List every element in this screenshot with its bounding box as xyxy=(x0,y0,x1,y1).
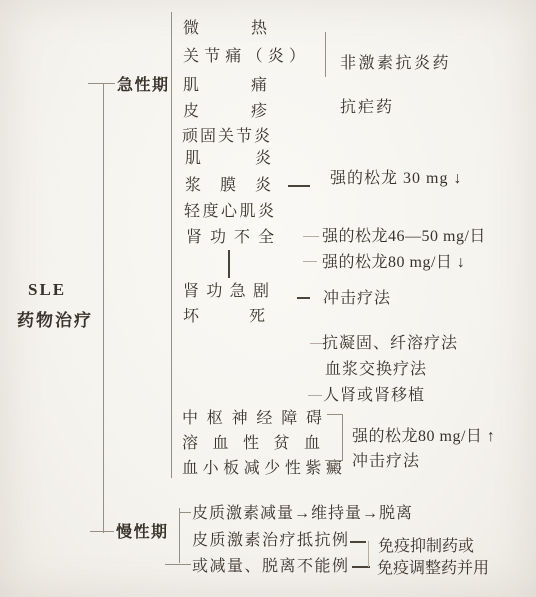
symptom-arthralgia: 关节痛（炎） xyxy=(183,47,305,66)
symptom-mild-myocarditis: 轻度心肌炎 xyxy=(184,202,274,221)
chronic-branch-tick xyxy=(90,531,114,532)
symptom-serositis: 浆膜炎 xyxy=(185,176,271,195)
chronic-right-bracket-line xyxy=(368,541,369,567)
symptom-rash: 皮疹 xyxy=(183,102,267,121)
acute-bracket-line xyxy=(171,12,172,478)
treatment-pulse-therapy-2: 冲击疗法 xyxy=(352,452,420,471)
symptom-refractory-arthritis: 顽固关节炎 xyxy=(182,127,270,146)
symptom-myositis: 肌炎 xyxy=(185,149,271,168)
pulse-therapy-connector-dash xyxy=(297,297,310,299)
main-spine-line xyxy=(103,84,104,533)
symptom-thrombocytopenic-purpura: 血小板减少性紫癜 xyxy=(182,459,342,478)
symptom-myalgia: 肌痛 xyxy=(183,76,267,95)
cns-bracket-tick-bottom xyxy=(325,460,342,461)
chronic-steroid-resistant-case: 皮质激素治疗抵抗例 xyxy=(192,531,350,550)
treatment-kidney-transplant: 人肾或肾移植 xyxy=(323,386,425,405)
treatment-prednisolone-80-taper: 强的松龙80 mg/日 ↓ xyxy=(322,253,465,272)
cns-bracket-line xyxy=(342,414,343,461)
renal-progression-bar xyxy=(228,250,230,278)
renal-dose-connector-dash-2 xyxy=(303,261,317,262)
symptom-renal-rapid-decline: 肾功急剧 xyxy=(183,282,269,301)
chronic-bracket-line xyxy=(179,508,180,563)
treatment-plasma-exchange: 血浆交换疗法 xyxy=(325,360,427,379)
symptom-cns-disorder: 中枢神经障碍 xyxy=(182,409,322,428)
drug-therapy-label: 药物治疗 xyxy=(17,311,93,330)
treatment-prednisolone-80-increase: 强的松龙80 mg/日 ↑ xyxy=(352,427,495,446)
treatment-immunomodulator: 免疫调整药并用 xyxy=(377,559,489,578)
treatment-prednisolone-30: 强的松龙 30 mg ↓ xyxy=(330,169,462,188)
scanned-figure-page: SLE 药物治疗 急性期 慢性期 微热 关节痛（炎） 肌痛 皮疹 顽固关节炎 肌… xyxy=(0,0,536,597)
sle-label: SLE xyxy=(28,280,66,299)
treatment-prednisolone-46-50: 强的松龙46—50 mg/日 xyxy=(322,227,486,246)
nsaid-bracket-line xyxy=(325,32,326,77)
anticoagulant-connector-dash xyxy=(310,343,322,344)
treatment-immunosuppressant: 免疫抑制药或 xyxy=(378,537,474,556)
symptom-low-fever: 微热 xyxy=(183,19,267,38)
resistant-case-dash xyxy=(350,541,366,543)
symptom-renal-insufficiency: 肾功不全 xyxy=(186,228,274,247)
serositis-connector-dash xyxy=(288,185,310,187)
chronic-taper-path: 皮质激素减量→维持量→脱离 xyxy=(192,504,413,523)
symptom-hemolytic-anemia: 溶血性贫血 xyxy=(182,434,320,453)
chronic-bracket-tick-top xyxy=(179,512,191,513)
transplant-connector-dash xyxy=(308,395,322,396)
acute-phase-label: 急性期 xyxy=(117,76,170,95)
cns-bracket-tick-top xyxy=(327,414,342,415)
treatment-antimalarial: 抗疟药 xyxy=(340,98,394,117)
treatment-anticoagulant-fibrinolytic: 抗凝固、纤溶疗法 xyxy=(322,334,458,353)
chronic-phase-label: 慢性期 xyxy=(116,523,169,542)
treatment-pulse-therapy-1: 冲击疗法 xyxy=(323,289,391,308)
symptom-necrosis: 坏死 xyxy=(183,307,265,326)
chronic-bracket-tick-bottom xyxy=(165,564,191,565)
renal-dose-connector-dash-1 xyxy=(303,236,319,237)
chronic-cannot-withdraw-case: 或减量、脱离不能例 xyxy=(192,557,350,576)
treatment-nsaid: 非激素抗炎药 xyxy=(340,54,451,73)
acute-branch-tick xyxy=(88,83,115,84)
